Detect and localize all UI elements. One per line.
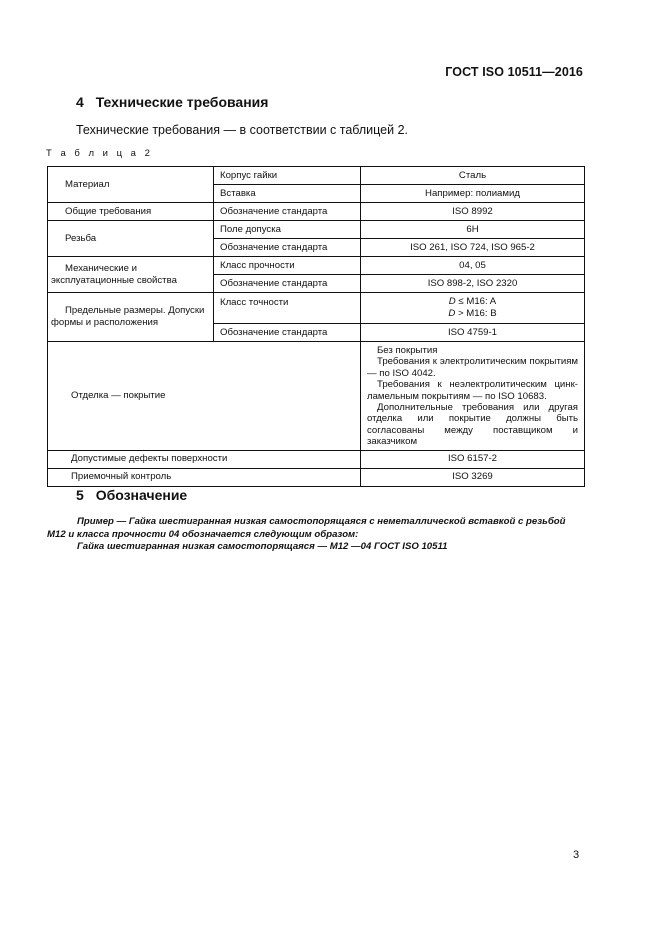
row-label-material: Материал	[48, 167, 214, 203]
table-row: Резьба Поле допуска 6H	[48, 221, 585, 239]
table-row: Общие требования Обозначение стандарта I…	[48, 203, 585, 221]
value-cell: 04, 05	[361, 257, 585, 275]
value-cell: ISO 3269	[361, 468, 585, 486]
value-cell: ISO 898-2, ISO 2320	[361, 275, 585, 293]
param-cell: Поле допуска	[214, 221, 361, 239]
param-cell: Обозначение стандарта	[214, 239, 361, 257]
value-cell: Сталь	[361, 167, 585, 185]
section-4-number: 4	[76, 94, 84, 110]
table-row: Допустимые дефекты поверхности ISO 6157-…	[48, 450, 585, 468]
row-label-mechanical: Механические и эксплуатационные свойства	[48, 257, 214, 293]
example-line-1: Пример — Гайка шестигранная низкая самос…	[47, 516, 584, 529]
section-4-intro: Технические требования — в соответствии …	[76, 123, 408, 137]
document-designation: ГОСТ ISO 10511—2016	[445, 65, 583, 79]
param-cell: Обозначение стандарта	[214, 203, 361, 221]
table-caption: Т а б л и ц а 2	[46, 148, 153, 159]
finish-paragraph: Без покрытия	[367, 345, 578, 356]
accuracy-line-2: D > M16: B	[367, 308, 578, 320]
row-label-general: Общие требования	[48, 203, 214, 221]
value-cell: ISO 8992	[361, 203, 585, 221]
param-cell: Корпус гайки	[214, 167, 361, 185]
finish-value-cell: Без покрытия Требования к электролитичес…	[361, 342, 585, 451]
row-label-thread: Резьба	[48, 221, 214, 257]
value-cell: ISO 4759-1	[361, 324, 585, 342]
accuracy-rule: > M16: B	[455, 308, 496, 319]
section-4-title: Технические требования	[96, 94, 269, 110]
accuracy-rule: ≤ M16: A	[456, 296, 496, 307]
row-label-defects: Допустимые дефекты поверхности	[48, 450, 361, 468]
value-cell: ISO 261, ISO 724, ISO 965-2	[361, 239, 585, 257]
row-label-tolerances: Предельные размеры. Допуски формы и расп…	[48, 293, 214, 342]
table-row: Предельные размеры. Допуски формы и расп…	[48, 293, 585, 324]
table-row: Механические и эксплуатационные свойства…	[48, 257, 585, 275]
section-4-heading: 4 Технические требования	[76, 94, 268, 110]
finish-paragraph: Требования к электролитическим покрытиям…	[367, 356, 578, 379]
section-5-title: Обозначение	[96, 487, 188, 503]
designation-example: Пример — Гайка шестигранная низкая самос…	[47, 516, 584, 554]
accuracy-line-1: D ≤ M16: A	[367, 296, 578, 308]
var-d: D	[449, 296, 456, 307]
finish-paragraph: Дополнительные требования или другая отд…	[367, 402, 578, 448]
table-row: Отделка — покрытие Без покрытия Требован…	[48, 342, 585, 451]
param-cell: Класс прочности	[214, 257, 361, 275]
param-cell: Класс точности	[214, 293, 361, 324]
param-cell: Вставка	[214, 185, 361, 203]
row-label-acceptance: Приемочный контроль	[48, 468, 361, 486]
table-row: Материал Корпус гайки Сталь	[48, 167, 585, 185]
param-cell: Обозначение стандарта	[214, 324, 361, 342]
value-cell: 6H	[361, 221, 585, 239]
value-cell: Например: полиамид	[361, 185, 585, 203]
value-cell-accuracy: D ≤ M16: A D > M16: B	[361, 293, 585, 324]
row-label-finish: Отделка — покрытие	[48, 342, 361, 451]
value-cell: ISO 6157-2	[361, 450, 585, 468]
example-line-3: Гайка шестигранная низкая самостопорящая…	[47, 541, 584, 554]
example-line-2: M12 и класса прочности 04 обозначается с…	[47, 529, 358, 540]
finish-paragraph: Требования к неэлектролитическим цинк-ла…	[367, 379, 578, 402]
requirements-table: Материал Корпус гайки Сталь Вставка Напр…	[47, 166, 585, 487]
table-row: Приемочный контроль ISO 3269	[48, 468, 585, 486]
section-5-number: 5	[76, 487, 84, 503]
section-5-heading: 5 Обозначение	[76, 487, 187, 503]
page-number: 3	[573, 849, 579, 861]
param-cell: Обозначение стандарта	[214, 275, 361, 293]
